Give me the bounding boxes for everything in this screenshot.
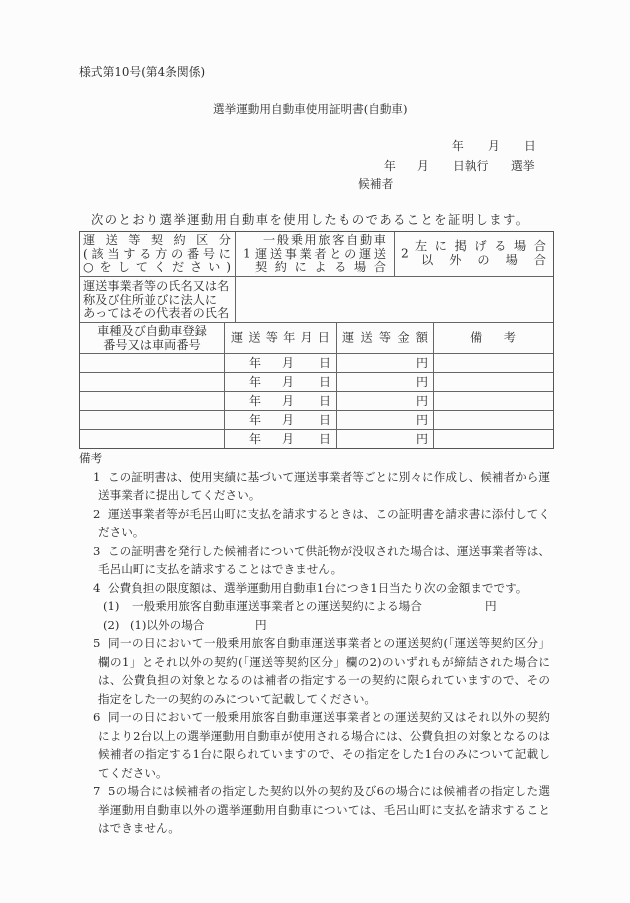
contract-type-label-line: 運送等契約区分 (83, 234, 231, 248)
remarks-cell (434, 354, 553, 373)
contract-type-label-cell: 運送等契約区分 (該当する方の番号に ○をしてください) (80, 232, 236, 277)
option-1-line: 契約による場合 (255, 261, 386, 275)
amount-cell: 円 (337, 373, 434, 392)
note-line: 同一の日において一般乗用旅客自動車運送事業者との運送契約(「運送等契約区分」 (108, 634, 550, 653)
option-1-line: 一般乗用旅客自動車 (255, 234, 386, 248)
sub-item-unit: 円 (255, 616, 267, 635)
note-line: ださい。 (98, 523, 550, 542)
issue-month-label: 月 (488, 139, 500, 153)
header-date-label: 運送等年月日 (231, 331, 330, 345)
amount-cell: 円 (337, 411, 434, 430)
document-title: 選挙運動用自動車使用証明書(自動車) (213, 102, 408, 116)
header-date: 運送等年月日 (225, 323, 337, 354)
note-item-7: 7 5の場合には候補者の指定した契約以外の契約及び6の場合には候補者の指定した選 (79, 782, 552, 801)
remarks-cell (434, 411, 553, 430)
yen-label: 円 (416, 356, 428, 370)
contract-type-label-line: ○をしてください) (83, 261, 231, 275)
date-cell: 年 月 日 (225, 373, 337, 392)
note-number: 7 (93, 782, 100, 801)
sub-item-number: (1) (103, 597, 119, 616)
month-label: 月 (282, 432, 294, 446)
note-line: は、公費負担の対象となるのは補者の指定する一の契約に限られていますので、その (98, 671, 550, 690)
issue-day-label: 日 (524, 139, 536, 153)
candidate-label: 候補者 (358, 177, 393, 191)
note-number: 3 (93, 542, 100, 561)
note-line: 5の場合には候補者の指定した契約以外の契約及び6の場合には候補者の指定した選 (108, 782, 550, 801)
note-item-1: 1 この証明書は、使用実績に基づいて運送事業者等ごとに別々に作成し、候補者から運 (79, 468, 552, 487)
date-cell: 年 月 日 (225, 354, 337, 373)
election-month-label: 月 (417, 159, 429, 173)
operator-label-line: あってはその代表者の氏名 (83, 307, 232, 321)
note-line: 欄の1」とそれ以外の契約(「運送等契約区分」欄の2)のいずれもが締結された場合に (98, 653, 550, 672)
day-label: 日 (319, 394, 331, 408)
note-line: 同一の日において一般乗用旅客自動車運送事業者との運送契約又はそれ以外の契約 (108, 708, 550, 727)
vehicle-cell (80, 411, 225, 430)
note-sub-item-2: (2) (1)以外の場合 円 (79, 616, 552, 635)
option-2-line: 以外の場合 (415, 254, 546, 268)
operator-label-line: 称及び住所並びに法人に (83, 294, 232, 308)
option-1-line: 運送事業者との運送 (255, 248, 386, 262)
amount-cell: 円 (337, 354, 434, 373)
sub-item-text: 一般乗用旅客自動車運送事業者との運送契約による場合 (132, 597, 422, 616)
year-label: 年 (249, 413, 261, 427)
note-number: 2 (93, 505, 100, 524)
election-day-executed-label: 日執行 (453, 159, 488, 173)
vehicle-cell (80, 354, 225, 373)
note-line: 挙運動用自動車以外の選挙運動用自動車については、毛呂山町に支払を請求すること (98, 801, 550, 820)
header-vehicle-line: 番号又は車両番号 (80, 339, 224, 353)
operator-label-line: 運送事業者等の氏名又は名 (83, 280, 232, 294)
header-vehicle-line: 車種及び自動車登録 (80, 325, 224, 339)
note-item-6: 6 同一の日において一般乗用旅客自動車運送事業者との運送契約又はそれ以外の契約 (79, 708, 552, 727)
sub-item-number: (2) (103, 616, 119, 635)
note-line: はできません。 (98, 819, 550, 838)
date-cell: 年 月 日 (225, 392, 337, 411)
note-line: 公費負担の限度額は、選挙運動用自動車1台につき1日当たり次の金額までです。 (108, 579, 550, 598)
notes-heading: 備考 (79, 449, 552, 468)
notes-section: 備考 1 この証明書は、使用実績に基づいて運送事業者等ごとに別々に作成し、候補者… (79, 449, 552, 838)
contract-option-2-cell: 2 左に掲げる場合 以外の場合 (395, 232, 553, 277)
amount-cell: 円 (337, 430, 434, 448)
day-label: 日 (319, 432, 331, 446)
option-2-number: 2 (401, 247, 409, 261)
note-item-3: 3 この証明書を発行した候補者について供託物が没収された場合は、運送事業者等は、 (79, 542, 552, 561)
yen-label: 円 (416, 432, 428, 446)
election-label: 選挙 (511, 159, 535, 173)
day-label: 日 (319, 375, 331, 389)
header-amount: 運送等金額 (337, 323, 434, 354)
note-number: 5 (93, 634, 100, 653)
remarks-cell (434, 373, 553, 392)
date-cell: 年 月 日 (225, 411, 337, 430)
note-item-2: 2 運送事業者等が毛呂山町に支払を請求するときは、この証明書を請求書に添付してく (79, 505, 552, 524)
month-label: 月 (282, 356, 294, 370)
note-number: 1 (93, 468, 100, 487)
vehicle-cell (80, 430, 225, 448)
year-label: 年 (249, 394, 261, 408)
header-amount-label: 運送等金額 (342, 331, 428, 345)
month-label: 月 (282, 394, 294, 408)
year-label: 年 (249, 432, 261, 446)
yen-label: 円 (416, 394, 428, 408)
year-label: 年 (249, 356, 261, 370)
option-2-line: 左に掲げる場合 (415, 240, 546, 254)
note-line: により2台以上の選挙運動用自動車が使用される場合には、公費負担の対象となるのは (98, 727, 550, 746)
sub-item-unit: 円 (485, 597, 497, 616)
note-item-4: 4 公費負担の限度額は、選挙運動用自動車1台につき1日当たり次の金額までです。 (79, 579, 552, 598)
note-line: 運送事業者等が毛呂山町に支払を請求するときは、この証明書を請求書に添付してく (108, 505, 550, 524)
note-line: この証明書を発行した候補者について供託物が没収された場合は、運送事業者等は、 (108, 542, 550, 561)
amount-cell: 円 (337, 392, 434, 411)
remarks-cell (434, 430, 553, 448)
issue-year-label: 年 (452, 139, 464, 153)
note-line: 候補者の指定する1台に限られていますので、その指定をした1台のみについて記載し (98, 745, 550, 764)
note-line: 送事業者に提出してください。 (98, 486, 550, 505)
option-1-number: 1 (243, 247, 251, 261)
date-cell: 年 月 日 (225, 430, 337, 448)
contract-option-1-cell: 1 一般乗用旅客自動車 運送事業者との運送 契約による場合 (236, 232, 395, 277)
sub-item-text: (1)以外の場合 (130, 616, 204, 635)
month-label: 月 (282, 375, 294, 389)
note-sub-item-1: (1) 一般乗用旅客自動車運送事業者との運送契約による場合 円 (79, 597, 552, 616)
remarks-cell (434, 392, 553, 411)
note-line: この証明書は、使用実績に基づいて運送事業者等ごとに別々に作成し、候補者から運 (108, 468, 550, 487)
note-line: 毛呂山町に支払を請求することはできません。 (98, 560, 550, 579)
election-year-label: 年 (384, 159, 396, 173)
note-item-5: 5 同一の日において一般乗用旅客自動車運送事業者との運送契約(「運送等契約区分」 (79, 634, 552, 653)
header-remarks-label: 備考 (470, 331, 516, 345)
intro-statement: 次のとおり選挙運動用自動車を使用したものであることを証明します。 (91, 213, 528, 227)
note-line: てください。 (98, 764, 550, 783)
contract-type-label-line: (該当する方の番号に (83, 248, 231, 262)
note-number: 4 (93, 579, 100, 598)
day-label: 日 (319, 413, 331, 427)
header-remarks: 備考 (434, 323, 553, 354)
operator-value-cell (236, 277, 553, 323)
month-label: 月 (282, 413, 294, 427)
note-line: 指定をした一の契約のみについて記載してください。 (98, 690, 550, 709)
form-number: 様式第10号(第4条関係) (79, 65, 205, 79)
year-label: 年 (249, 375, 261, 389)
header-vehicle: 車種及び自動車登録 番号又は車両番号 (80, 323, 225, 354)
usage-table: 運送等契約区分 (該当する方の番号に ○をしてください) 1 一般乗用旅客自動車… (79, 231, 554, 449)
vehicle-cell (80, 392, 225, 411)
yen-label: 円 (416, 375, 428, 389)
operator-label-cell: 運送事業者等の氏名又は名 称及び住所並びに法人に あってはその代表者の氏名 (80, 277, 236, 323)
yen-label: 円 (416, 413, 428, 427)
day-label: 日 (319, 356, 331, 370)
vehicle-cell (80, 373, 225, 392)
note-number: 6 (93, 708, 100, 727)
